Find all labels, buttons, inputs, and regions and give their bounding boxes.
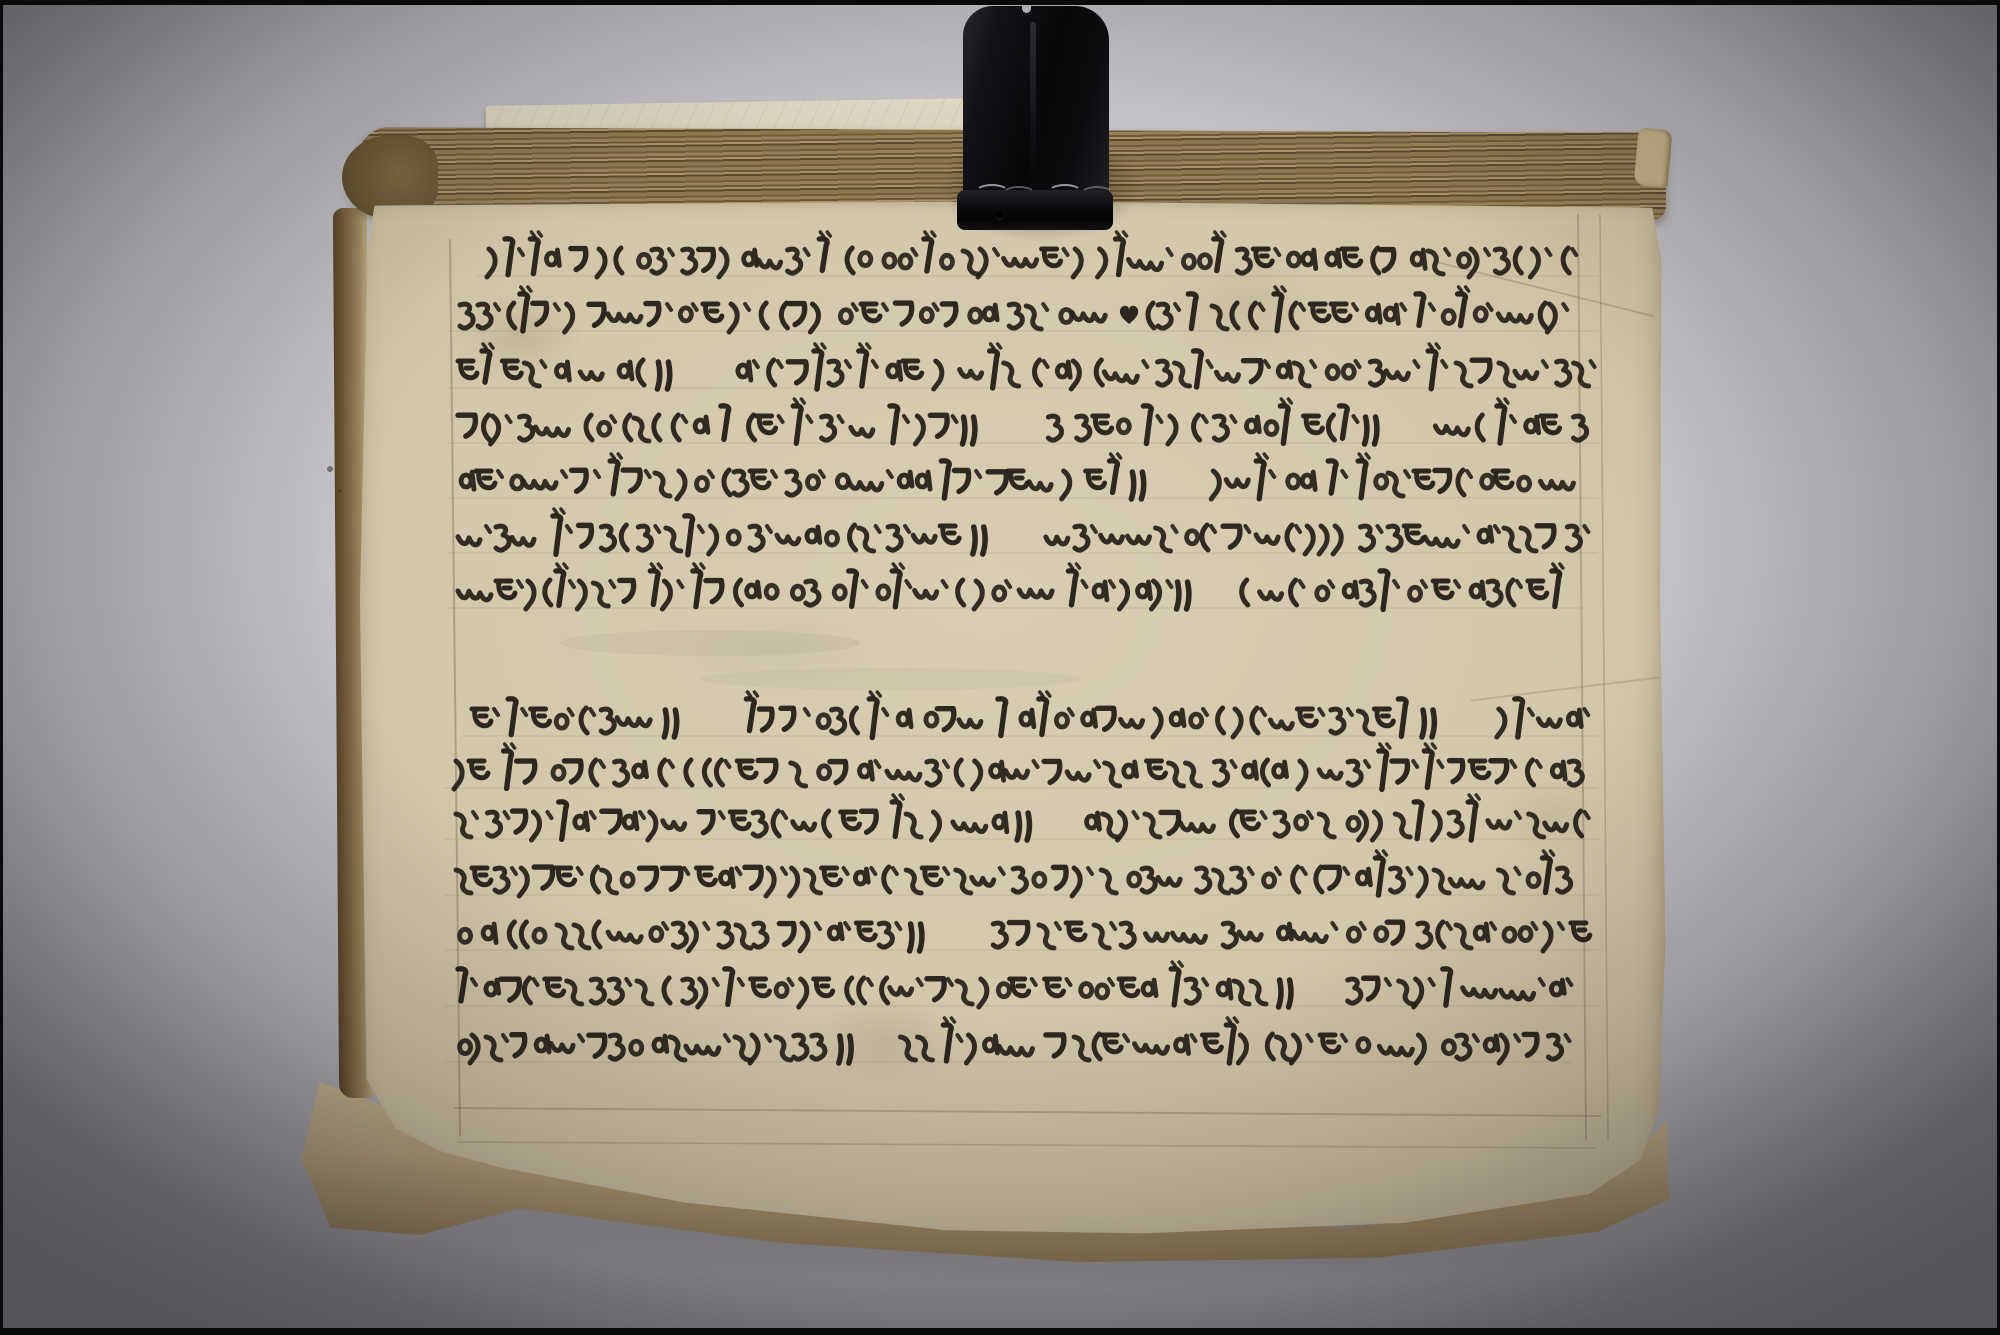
photo-frame-top bbox=[0, 0, 2000, 5]
upper-text-block bbox=[448, 232, 1598, 609]
lower-text-block bbox=[445, 692, 1598, 1063]
binder-clip bbox=[963, 6, 1109, 202]
clip-gloss-highlight bbox=[1048, 184, 1082, 200]
clip-dimple bbox=[996, 212, 1003, 219]
clip-gloss-highlight bbox=[1080, 186, 1114, 202]
clip-gloss-highlight bbox=[1002, 186, 1036, 202]
clip-top-notch bbox=[1022, 4, 1031, 13]
photo-frame-bottom bbox=[0, 1328, 2000, 1335]
photograph-of-manuscript bbox=[0, 0, 2000, 1335]
photo-frame-left bbox=[0, 0, 3, 1335]
clip-sheen-highlight bbox=[1030, 22, 1036, 180]
